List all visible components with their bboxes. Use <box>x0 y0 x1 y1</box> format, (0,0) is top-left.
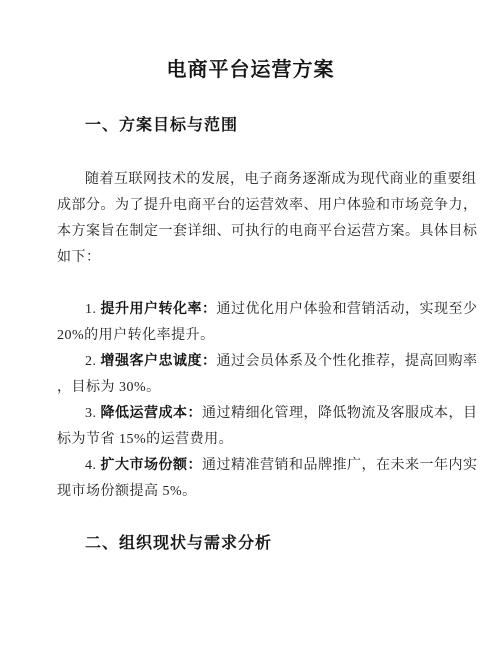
blank-line-spacer <box>57 271 444 297</box>
text-line: 2. 增强客户忠诚度：通过会员体系及个性化推荐，提高回购率 <box>57 349 444 375</box>
text-run: 20%的用户转化率提升。 <box>57 328 215 343</box>
bold-run-in-label: 提升用户转化率： <box>101 302 217 317</box>
text-line: ，目标为 30%。 <box>57 375 444 401</box>
text-run: 4. <box>85 458 101 473</box>
text-run: 本方案旨在制定一套详细、可执行的电商平台运营方案。具体目标 <box>57 224 478 239</box>
text-run: 通过精准营销和品牌推广，在未来一年内实 <box>202 458 478 473</box>
text-run: 如下： <box>57 250 101 265</box>
text-line: 3. 降低运营成本：通过精细化管理，降低物流及客服成本，目 <box>57 401 444 427</box>
text-run: 成部分。为了提升电商平台的运营效率、用户体验和市场竞争力， <box>57 198 478 213</box>
text-line: 现市场份额提高 5%。 <box>57 479 444 505</box>
text-line: 20%的用户转化率提升。 <box>57 323 444 349</box>
bold-run-in-label: 增强客户忠诚度： <box>101 354 217 369</box>
text-run: 通过优化用户体验和营销活动，实现至少 <box>217 302 478 317</box>
text-line: 成部分。为了提升电商平台的运营效率、用户体验和市场竞争力， <box>57 193 444 219</box>
document-title: 电商平台运营方案 <box>57 55 444 85</box>
text-line: 随着互联网技术的发展，电子商务逐渐成为现代商业的重要组 <box>57 167 444 193</box>
document-body: 一、方案目标与范围随着互联网技术的发展，电子商务逐渐成为现代商业的重要组成部分。… <box>57 113 444 557</box>
document-page: 电商平台运营方案 一、方案目标与范围随着互联网技术的发展，电子商务逐渐成为现代商… <box>0 0 500 647</box>
text-run: 随着互联网技术的发展，电子商务逐渐成为现代商业的重要组 <box>85 172 477 187</box>
text-run: 3. <box>85 406 101 421</box>
text-line: 4. 扩大市场份额：通过精准营销和品牌推广，在未来一年内实 <box>57 453 444 479</box>
text-run: 通过会员体系及个性化推荐，提高回购率 <box>217 354 478 369</box>
text-run: 通过精细化管理，降低物流及客服成本，目 <box>202 406 478 421</box>
text-run: 2. <box>85 354 101 369</box>
text-line: 本方案旨在制定一套详细、可执行的电商平台运营方案。具体目标 <box>57 219 444 245</box>
section-heading: 二、组织现状与需求分析 <box>57 531 444 557</box>
text-run: 现市场份额提高 5%。 <box>57 484 197 499</box>
text-run: 1. <box>85 302 101 317</box>
text-line: 1. 提升用户转化率：通过优化用户体验和营销活动，实现至少 <box>57 297 444 323</box>
text-line: 标为节省 15%的运营费用。 <box>57 427 444 453</box>
bold-run-in-label: 扩大市场份额： <box>101 458 203 473</box>
text-line: 如下： <box>57 245 444 271</box>
text-run: 标为节省 15%的运营费用。 <box>57 432 233 447</box>
blank-line-spacer <box>57 505 444 531</box>
section-heading: 一、方案目标与范围 <box>57 113 444 139</box>
text-run: ，目标为 30%。 <box>57 380 161 395</box>
bold-run-in-label: 降低运营成本： <box>101 406 203 421</box>
